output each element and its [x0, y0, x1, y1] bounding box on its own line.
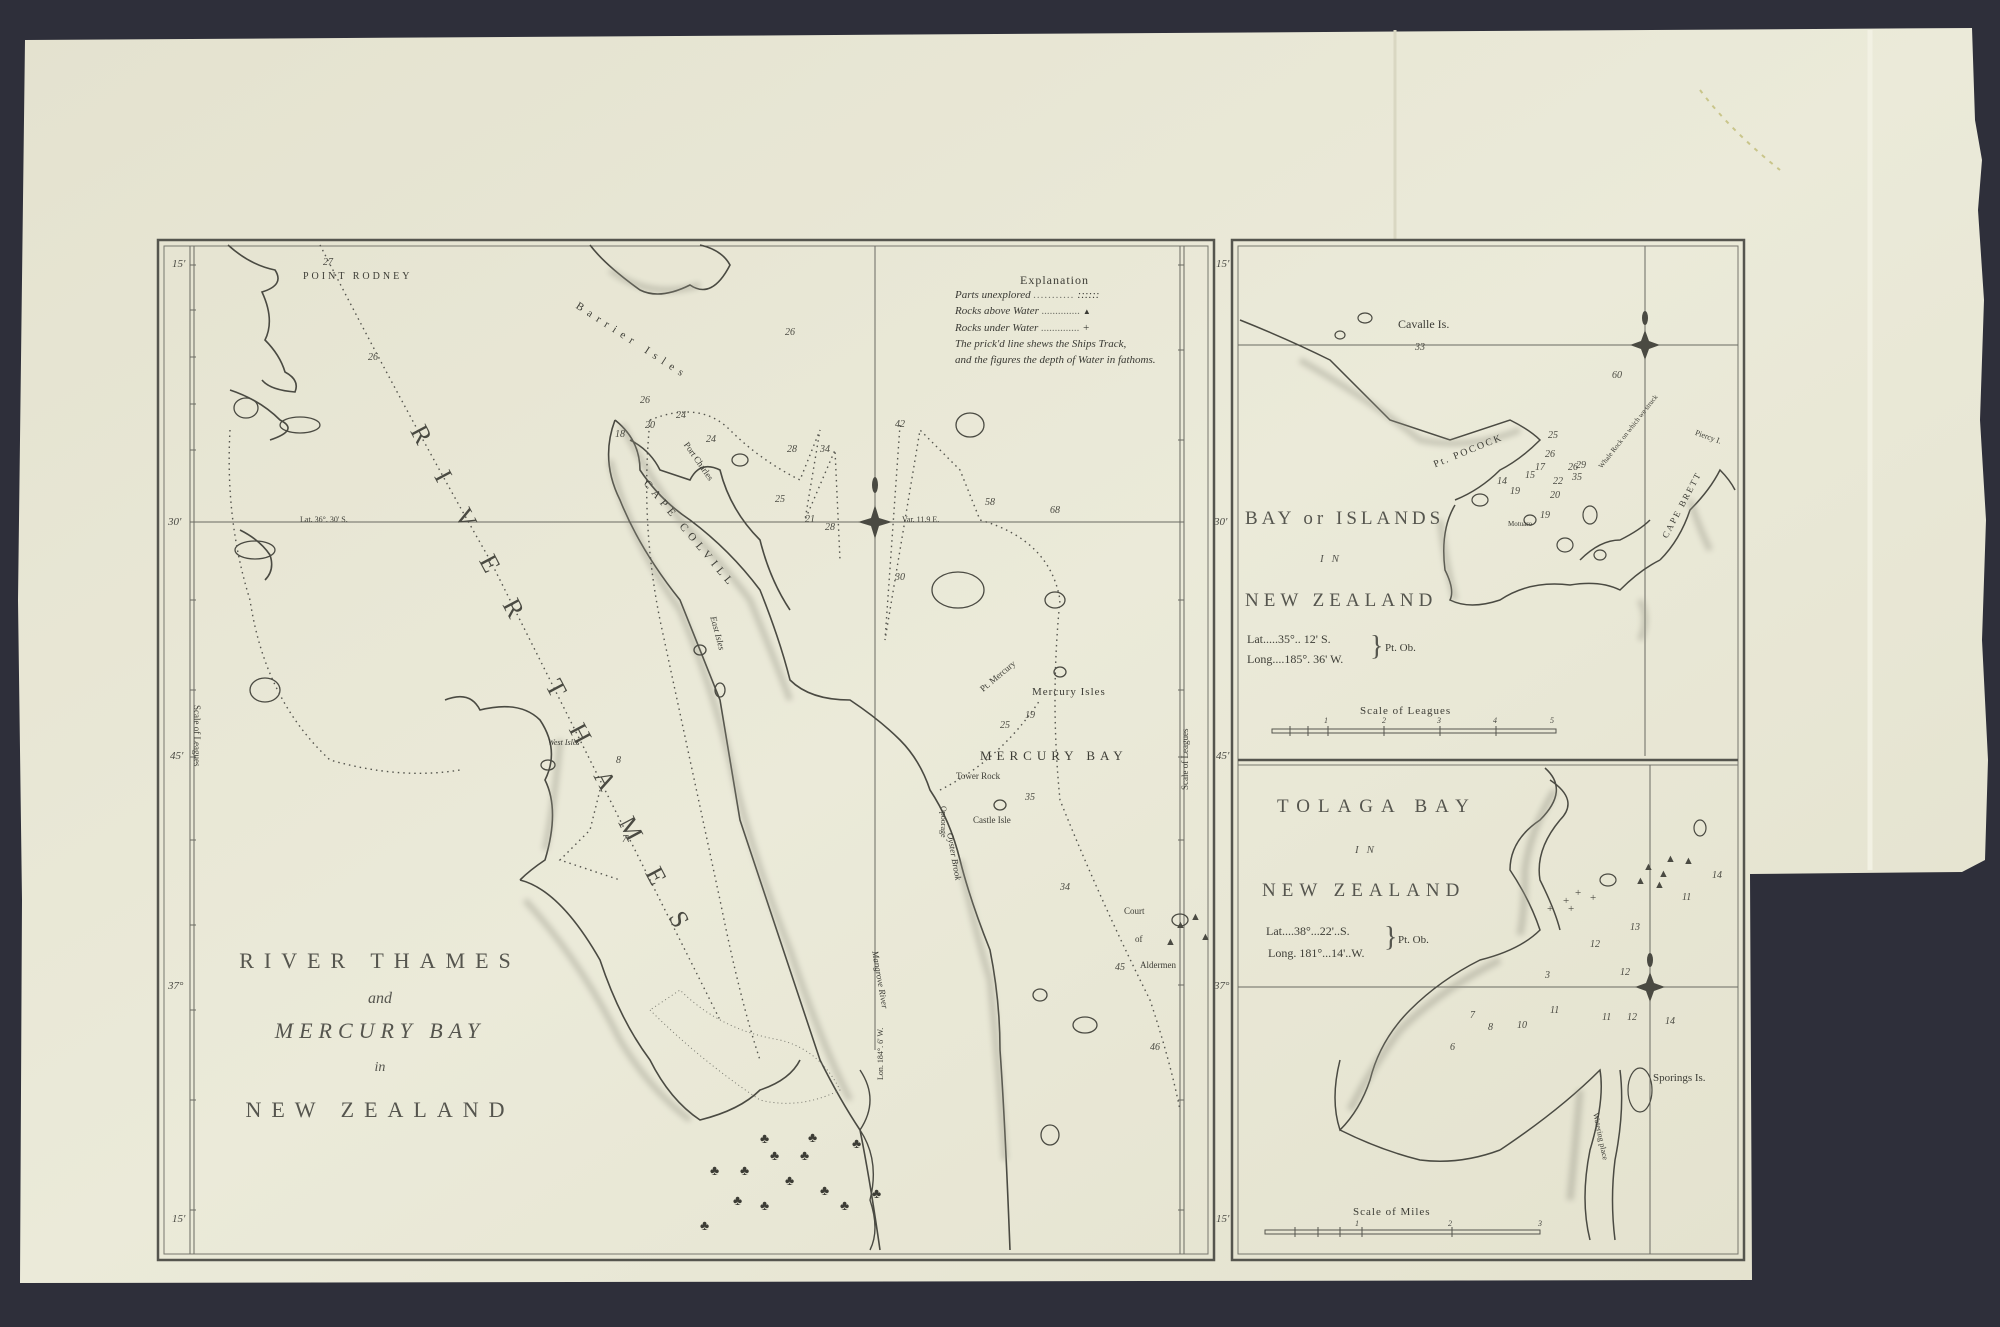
svg-text:14: 14 — [1665, 1016, 1675, 1027]
legend-note-2: and the figures the depth of Water in fa… — [955, 352, 1185, 368]
svg-text:12: 12 — [1620, 967, 1630, 978]
boi-obs: Pt. Ob. — [1385, 642, 1416, 654]
main-map-title-line3: MERCURY BAY — [225, 1018, 535, 1044]
tolaga-title-line1: TOLAGA BAY — [1277, 796, 1477, 818]
svg-text:22: 22 — [1553, 476, 1563, 487]
tolaga-brace: } — [1384, 924, 1397, 952]
svg-text:+: + — [1547, 903, 1553, 915]
label-sporings-isle: Sporings Is. — [1653, 1072, 1706, 1084]
svg-text:26: 26 — [785, 327, 795, 338]
map-artwork: 2726 2626 1820 2424 2834 4221 2528 5868 … — [0, 0, 2000, 1327]
svg-text:12: 12 — [1627, 1012, 1637, 1023]
svg-text:29: 29 — [1576, 460, 1586, 471]
svg-text:▲: ▲ — [1165, 936, 1176, 948]
svg-text:12: 12 — [1590, 939, 1600, 950]
label-aldermen: Aldermen — [1140, 960, 1176, 970]
main-map-title-line2: and — [225, 990, 535, 1008]
svg-text:♣: ♣ — [820, 1184, 829, 1199]
svg-text:11: 11 — [1602, 1012, 1611, 1023]
svg-text:▲: ▲ — [1200, 931, 1211, 943]
label-castle-isle: Castle Isle — [973, 815, 1011, 825]
label-mercury-isles: Mercury Isles — [1032, 686, 1106, 698]
boi-brace: } — [1370, 633, 1383, 661]
boi-scale-1: 1 — [1324, 716, 1328, 725]
svg-text:11: 11 — [1682, 892, 1691, 903]
svg-text:20: 20 — [1550, 490, 1560, 501]
svg-text:20: 20 — [645, 420, 655, 431]
svg-text:58: 58 — [985, 497, 995, 508]
svg-text:24: 24 — [706, 434, 716, 445]
tolaga-scale-1: 1 — [1355, 1219, 1359, 1228]
map-sheet: 2726 2626 1820 2424 2834 4221 2528 5868 … — [0, 0, 2000, 1327]
legend-row-unexplored: Parts unexplored ........... :::::: — [955, 287, 1185, 303]
tolaga-scale-2: 2 — [1448, 1219, 1452, 1228]
svg-text:3: 3 — [1544, 970, 1550, 981]
svg-text:25: 25 — [1548, 430, 1558, 441]
svg-text:+: + — [1568, 903, 1574, 915]
tolaga-scale-3: 3 — [1538, 1219, 1542, 1228]
label-mercury-bay: MERCURY BAY — [980, 748, 1128, 764]
unexplored-symbol-icon: :::::: — [1077, 289, 1099, 301]
svg-text:♣: ♣ — [785, 1174, 794, 1189]
svg-text:♣: ♣ — [800, 1149, 809, 1164]
legend: Parts unexplored ........... :::::: Rock… — [955, 287, 1185, 368]
tolaga-title-line3: NEW ZEALAND — [1262, 880, 1465, 902]
svg-text:▲: ▲ — [1175, 919, 1186, 931]
label-west-isles: West Isles — [548, 738, 579, 747]
svg-text:♣: ♣ — [808, 1131, 817, 1146]
svg-text:26: 26 — [640, 395, 650, 406]
svg-text:34: 34 — [819, 444, 830, 455]
svg-text:▲: ▲ — [1190, 911, 1201, 923]
svg-text:▲: ▲ — [1654, 879, 1665, 891]
svg-text:19: 19 — [1540, 510, 1550, 521]
boi-title-line3: NEW ZEALAND — [1245, 590, 1437, 612]
rock-above-water-icon: ▲ — [1083, 307, 1091, 316]
tolaga-long: Long. 181°...14'..W. — [1268, 946, 1365, 961]
svg-text:24: 24 — [676, 410, 686, 421]
legend-heading: Explanation — [1020, 273, 1089, 288]
tick-right-37: 37° — [1214, 980, 1229, 992]
boi-scale-4: 4 — [1493, 716, 1497, 725]
tick-right-30: 30' — [1214, 516, 1227, 528]
tolaga-scale-label: Scale of Miles — [1353, 1206, 1431, 1218]
svg-text:46: 46 — [1150, 1042, 1160, 1053]
svg-text:34: 34 — [1059, 882, 1070, 893]
boi-scale-3: 3 — [1437, 716, 1441, 725]
svg-text:14: 14 — [1712, 870, 1722, 881]
svg-text:▲: ▲ — [1643, 861, 1654, 873]
tick-left-45: 45' — [170, 750, 183, 762]
svg-text:♣: ♣ — [710, 1164, 719, 1179]
tick-left-30: 30' — [168, 516, 181, 528]
svg-text:♣: ♣ — [733, 1194, 742, 1209]
longitude-line-label: Lon. 184°. 6' W. — [876, 1028, 885, 1080]
boi-scale-5: 5 — [1550, 716, 1554, 725]
svg-text:27: 27 — [323, 257, 334, 268]
svg-text:+: + — [1575, 887, 1581, 899]
legend-note-1: The prick'd line shews the Ships Track, — [955, 336, 1185, 352]
latitude-line-label: Lat. 36°. 30' S. — [300, 515, 348, 524]
svg-text:14: 14 — [1497, 476, 1507, 487]
tick-left-37: 37° — [168, 980, 183, 992]
legend-row-rocks-above: Rocks above Water .............. ▲ — [955, 303, 1185, 320]
svg-text:▲: ▲ — [1683, 855, 1694, 867]
svg-text:35: 35 — [1571, 472, 1582, 483]
svg-text:10: 10 — [1517, 1020, 1527, 1031]
svg-text:13: 13 — [1630, 922, 1640, 933]
svg-text:♣: ♣ — [770, 1149, 779, 1164]
legend-row-rocks-under: Rocks under Water .............. + — [955, 320, 1185, 336]
main-map-title-line4: in — [225, 1060, 535, 1076]
svg-text:+: + — [1590, 892, 1596, 904]
svg-text:6: 6 — [1450, 1042, 1455, 1053]
svg-text:30: 30 — [894, 572, 905, 583]
svg-text:♣: ♣ — [872, 1187, 881, 1202]
svg-text:♣: ♣ — [700, 1219, 709, 1234]
tick-right-15: 15' — [1216, 258, 1229, 270]
boi-title-line2: IN — [1320, 553, 1347, 565]
svg-text:15: 15 — [1525, 470, 1535, 481]
variation-label: Var. 11.9 E. — [902, 515, 939, 524]
svg-text:19: 19 — [1510, 486, 1520, 497]
label-court: Court — [1124, 906, 1145, 916]
svg-text:35: 35 — [1024, 792, 1035, 803]
svg-text:28: 28 — [825, 522, 835, 533]
boi-scale-2: 2 — [1382, 716, 1386, 725]
svg-text:19: 19 — [1025, 710, 1035, 721]
boi-long: Long....185°. 36' W. — [1247, 652, 1343, 667]
label-tower-rock: Tower Rock — [956, 771, 1000, 781]
svg-text:♣: ♣ — [852, 1137, 861, 1152]
svg-text:11: 11 — [1550, 1005, 1559, 1016]
svg-text:26: 26 — [1545, 449, 1555, 460]
svg-text:♣: ♣ — [740, 1164, 749, 1179]
tolaga-obs: Pt. Ob. — [1398, 934, 1429, 946]
tick-left-15: 15' — [172, 258, 185, 270]
svg-text:28: 28 — [787, 444, 797, 455]
svg-text:♣: ♣ — [760, 1132, 769, 1147]
svg-text:60: 60 — [1612, 370, 1622, 381]
svg-text:21: 21 — [805, 514, 815, 525]
svg-text:33: 33 — [1414, 342, 1425, 353]
label-motuaro: Motuaro — [1508, 520, 1532, 528]
svg-text:42: 42 — [895, 419, 905, 430]
svg-text:8: 8 — [1488, 1022, 1493, 1033]
rock-under-water-icon: + — [1082, 322, 1089, 334]
label-point-rodney: POINT RODNEY — [303, 271, 412, 282]
tick-left-15b: 15' — [172, 1213, 185, 1225]
main-map-title-line1: RIVER THAMES — [225, 948, 535, 974]
svg-text:26: 26 — [368, 352, 378, 363]
boi-lat: Lat.....35°.. 12' S. — [1247, 632, 1331, 647]
label-of: of — [1135, 934, 1143, 944]
svg-text:8: 8 — [616, 755, 621, 766]
svg-text:♣: ♣ — [840, 1199, 849, 1214]
label-cavalle-isles: Cavalle Is. — [1398, 317, 1449, 332]
svg-text:45: 45 — [1115, 962, 1125, 973]
svg-text:▲: ▲ — [1635, 875, 1646, 887]
svg-text:18: 18 — [615, 429, 625, 440]
svg-text:25: 25 — [775, 494, 785, 505]
svg-text:68: 68 — [1050, 505, 1060, 516]
svg-text:♣: ♣ — [760, 1199, 769, 1214]
tolaga-lat: Lat....38°...22'..S. — [1266, 924, 1350, 939]
tolaga-title-line2: IN — [1355, 844, 1382, 856]
tick-right-45: 45' — [1216, 750, 1229, 762]
svg-text:▲: ▲ — [1665, 853, 1676, 865]
svg-text:17: 17 — [1535, 462, 1546, 473]
main-map-title-line5: NEW ZEALAND — [225, 1097, 535, 1123]
svg-text:25: 25 — [1000, 720, 1010, 731]
boi-title-line1: BAY or ISLANDS — [1245, 508, 1444, 530]
scale-of-leagues-right: Scale of Leagues — [1180, 729, 1190, 790]
scale-of-leagues-left: Scale of Leagues — [192, 705, 202, 766]
tick-right-15b: 15' — [1216, 1213, 1229, 1225]
